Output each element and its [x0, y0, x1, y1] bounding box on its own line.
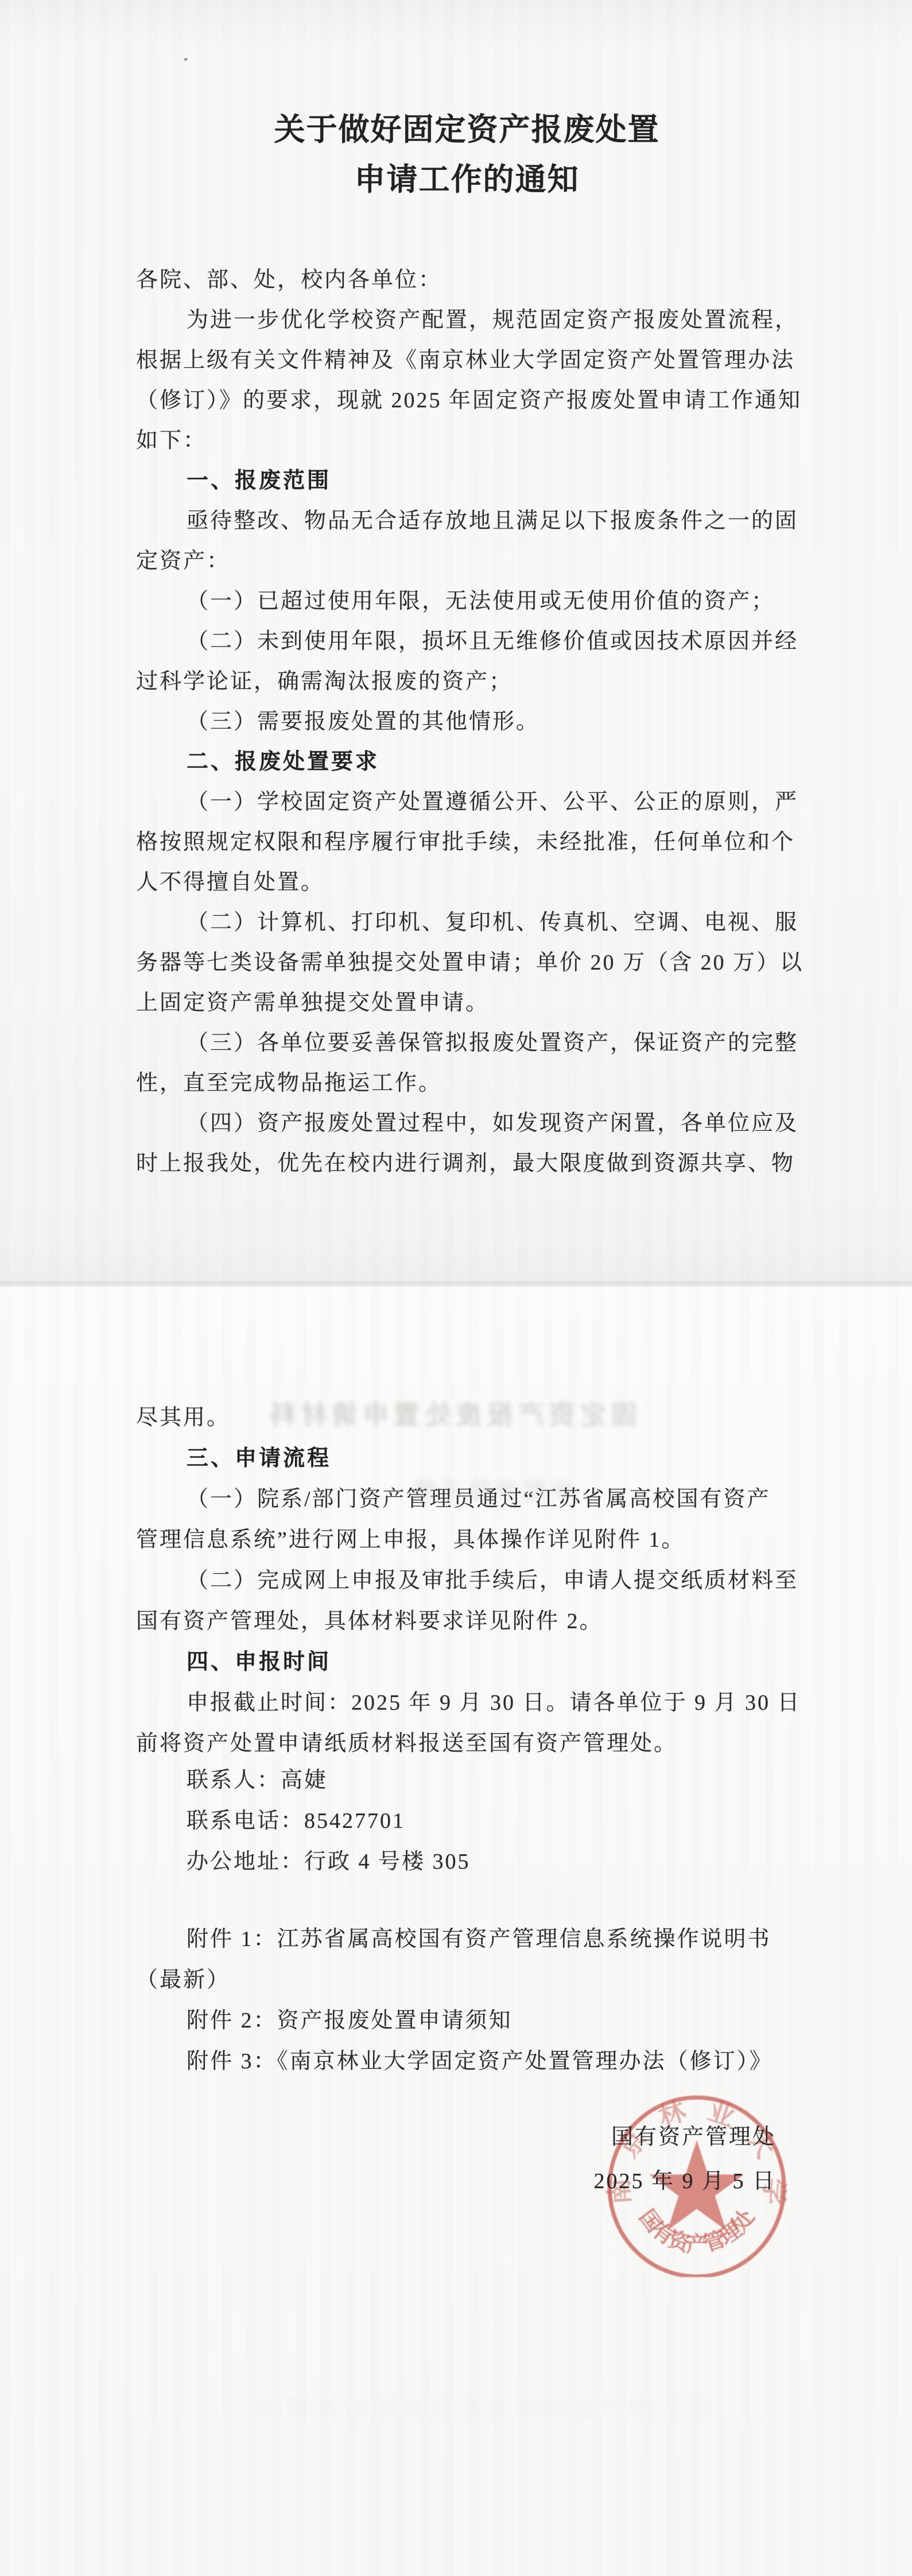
text-line: 务器等七类设备需单独提交处置申请；单价 20 万（含 20 万）以: [136, 950, 804, 975]
page-divider: [0, 1281, 912, 1287]
seal-arc-bottom-text: 国有资产管理处: [634, 2205, 759, 2256]
svg-text:国有资产管理处: 国有资产管理处: [634, 2205, 759, 2256]
text-line: 联系人：高婕: [187, 1768, 328, 1793]
text-line: （二）未到使用年限，损坏且无维修价值或因技术原因并经: [187, 629, 798, 654]
section-heading: 二、报废处置要求: [187, 749, 379, 775]
text-line: 前将资产处置申请纸质材料报送至国有资产管理处。: [136, 1731, 677, 1756]
text-line: 定资产：: [136, 548, 230, 574]
issue-date: 2025 年 9 月 5 日: [136, 2169, 776, 2194]
text-line: （二）完成网上申报及审批手续后，申请人提交纸质材料至: [187, 1568, 798, 1593]
text-line: 人不得擅自处置。: [136, 870, 324, 895]
text-line: 办公地址：行政 4 号楼 305: [187, 1849, 471, 1874]
text-line: 附件 2：资产报废处置申请须知: [187, 2008, 513, 2033]
text-line: （一）已超过使用年限，无法使用或无使用价值的资产；: [187, 589, 775, 614]
text-line: 尽其用。: [136, 1405, 230, 1430]
text-line: 管理信息系统”进行网上申报，具体操作详见附件 1。: [136, 1527, 685, 1552]
text-line: （三）各单位要妥善保管拟报废处置资产，保证资产的完整: [187, 1030, 798, 1056]
notice-title-line-1: 关于做好固定资产报废处置: [136, 112, 798, 147]
scanned-notice-document: 关于做好固定资产报废处置 申请工作的通知 各院、部、处，校内各单位：为进一步优化…: [0, 0, 912, 2576]
text-line: 亟待整改、物品无合适存放地且满足以下报废条件之一的固: [187, 508, 798, 534]
text-line: （修订）》的要求，现就 2025 年固定资产报废处置申请工作通知: [136, 388, 802, 413]
text-line: （三）需要报废处置的其他情形。: [187, 709, 540, 734]
text-line: 时上报我处，优先在校内进行调剂，最大限度做到资源共享、物: [136, 1151, 795, 1176]
text-line: 国有资产管理处，具体材料要求详见附件 2。: [136, 1609, 603, 1634]
issuer-name: 国有资产管理处: [136, 2124, 776, 2150]
section-heading: 一、报废范围: [187, 468, 331, 493]
text-line: 过科学论证，确需淘汰报废的资产；: [136, 669, 513, 694]
text-line: 申报截止时间：2025 年 9 月 30 日。请各单位于 9 月 30 日: [187, 1690, 801, 1715]
text-line: 根据上级有关文件精神及《南京林业大学固定资产处置管理办法: [136, 348, 795, 373]
text-line: 格按照规定权限和程序履行审批手续，未经批准，任何单位和个: [136, 830, 795, 855]
text-line: 上固定资产需单独提交处置申请。: [136, 990, 489, 1015]
text-line: 如下：: [136, 428, 207, 453]
text-line: 附件 1：江苏省属高校国有资产管理信息系统操作说明书: [187, 1927, 771, 1952]
text-line: 联系电话：85427701: [187, 1808, 405, 1834]
text-line: 附件 3：《南京林业大学固定资产处置管理办法（修订）》: [187, 2049, 773, 2074]
text-line: （最新）: [136, 1967, 230, 1993]
notice-title-line-2: 申请工作的通知: [136, 162, 798, 197]
text-line: （一）学校固定资产处置遵循公开、公平、公正的原则，严: [187, 789, 798, 815]
text-line: （二）计算机、打印机、复印机、传真机、空调、电视、服: [187, 910, 798, 935]
section-heading: 四、申报时间: [187, 1649, 331, 1675]
section-heading: 三、申请流程: [187, 1446, 331, 1471]
text-line: （四）资产报废处置过程中，如发现资产闲置，各单位应及: [187, 1111, 798, 1136]
text-line: 各院、部、处，校内各单位：: [136, 267, 442, 293]
text-line: 性，直至完成物品拖运工作。: [136, 1071, 442, 1096]
text-line: 为进一步优化学校资产配置，规范固定资产报废处置流程，: [187, 308, 798, 333]
text-line: （一）院系/部门资产管理员通过“江苏省属高校国有资产: [187, 1487, 770, 1512]
scan-speck: [184, 58, 188, 61]
